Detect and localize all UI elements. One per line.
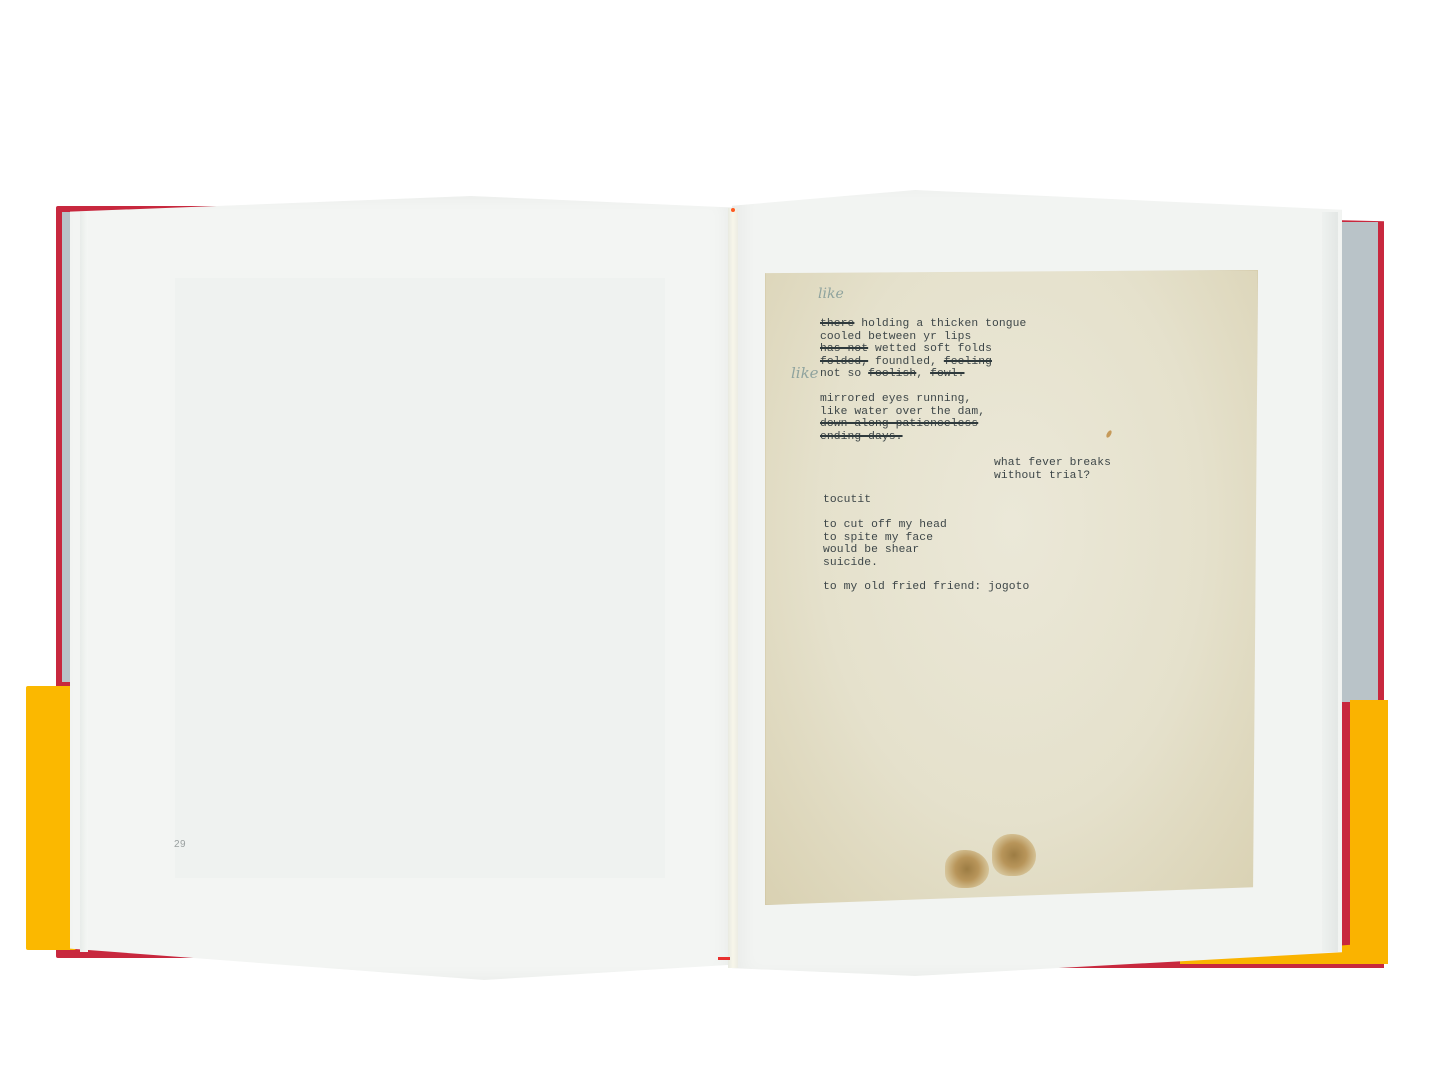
- stanza-2-line-3: down along patienceless: [820, 418, 978, 431]
- stanza-1-line-2: cooled between yr lips: [820, 331, 971, 344]
- poem-title: tocutit: [823, 494, 871, 507]
- stanza-3-line-4: suicide.: [823, 557, 878, 570]
- pencil-annotation-margin: like: [791, 364, 819, 382]
- headband-bottom: [718, 957, 730, 960]
- stanza-1-line-3: has not wetted soft folds: [820, 343, 992, 356]
- stain-speck: [1105, 430, 1112, 439]
- aside-line-2: without trial?: [994, 470, 1090, 483]
- stain-left: [945, 850, 989, 888]
- book-gutter: [728, 208, 738, 968]
- stanza-1-line-1: there holding a thicken tongue: [820, 318, 1026, 331]
- stanza-1-line-5: not so foolish, fowl.: [820, 368, 964, 381]
- stanza-3-line-3: would be shear: [823, 544, 919, 557]
- aside-line-1: what fever breaks: [994, 457, 1111, 470]
- pencil-annotation-top: like: [818, 286, 844, 302]
- right-page-edges: [1322, 212, 1338, 952]
- stanza-3-line-1: to cut off my head: [823, 519, 947, 532]
- stanza-1-line-4: folded, foundled, feeling: [820, 356, 992, 369]
- stanza-3-line-2: to spite my face: [823, 532, 933, 545]
- headband-top: [731, 208, 735, 212]
- page-number: 29: [174, 839, 186, 850]
- belly-band-right: [1350, 700, 1388, 962]
- endpaper-right: [1338, 222, 1378, 702]
- left-page-edges: [80, 212, 88, 952]
- dedication-line: to my old fried friend: jogoto: [823, 581, 1029, 594]
- left-page-blank-plate: [175, 278, 665, 878]
- stanza-2-line-2: like water over the dam,: [820, 406, 985, 419]
- stanza-2-line-4: ending days.: [820, 431, 903, 444]
- typewritten-manuscript: like like there holding a thicken tongue…: [765, 270, 1258, 905]
- stain-right: [992, 834, 1036, 876]
- belly-band-left: [26, 686, 76, 950]
- stanza-2-line-1: mirrored eyes running,: [820, 393, 971, 406]
